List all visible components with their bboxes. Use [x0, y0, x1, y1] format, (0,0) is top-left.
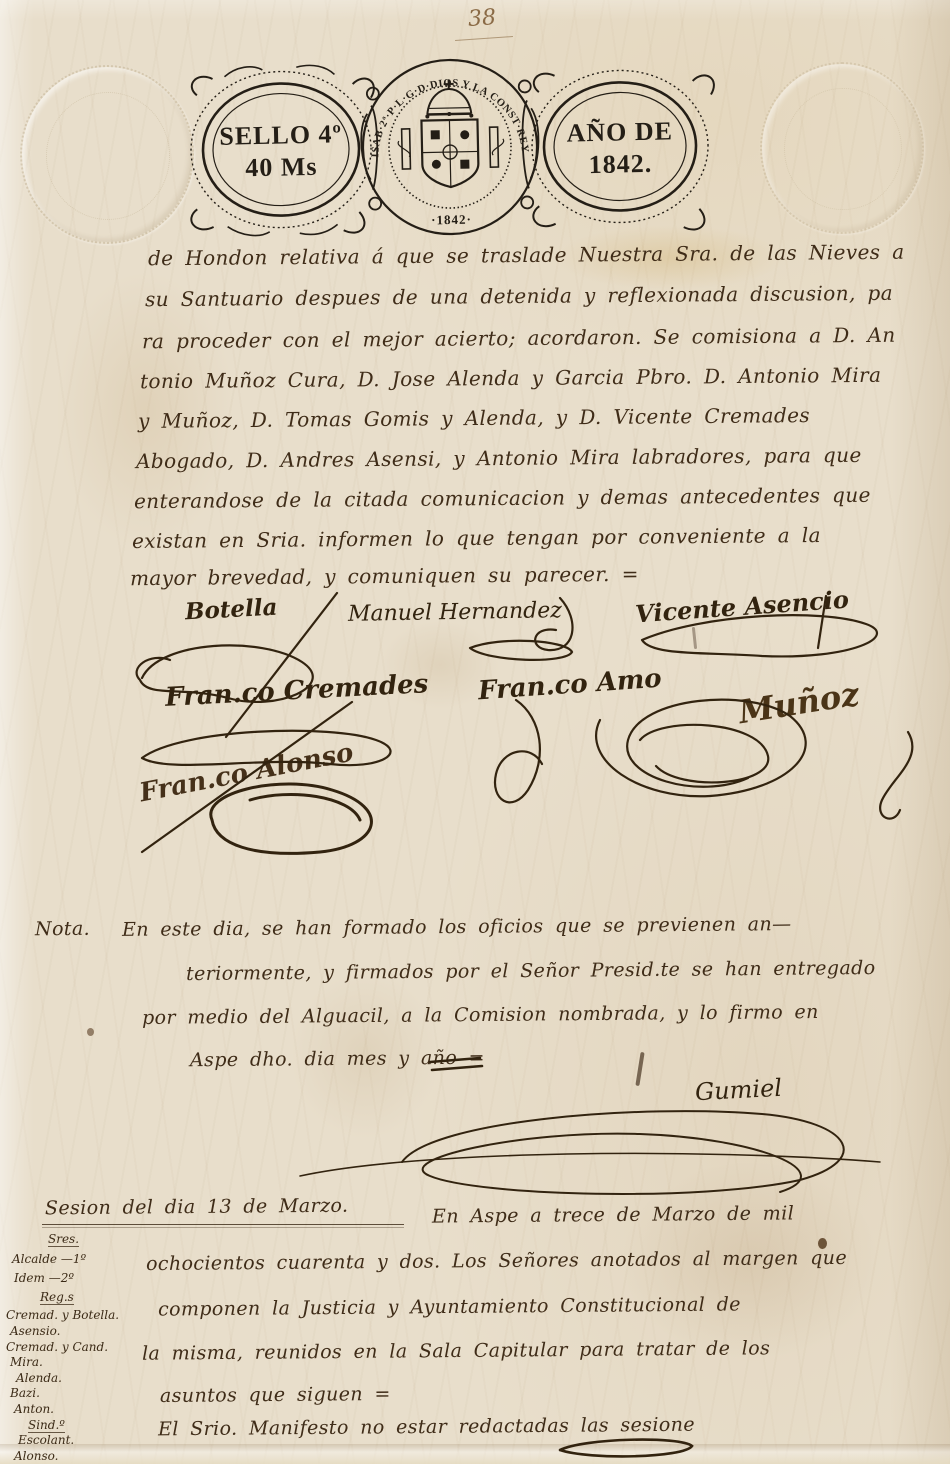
attendees-margin-list: Sres. Alcalde —1º Idem —2º Reg.s Cremad.…: [4, 1232, 144, 1464]
revenue-stamp-graphic: SELLO 4º 40 Ms: [166, 46, 736, 248]
nota-label: Nota.: [35, 918, 90, 940]
folio-number: 38: [467, 5, 497, 32]
margin-item: Cremad. y Botella.: [6, 1308, 144, 1324]
margin-title: Sres.: [48, 1232, 144, 1248]
embossed-seal-right-icon: [760, 62, 924, 234]
margin-item: Alonso.: [14, 1449, 144, 1464]
margin-item: Cremad. y Cand.: [6, 1340, 144, 1356]
signature-botella: Botella: [184, 594, 278, 626]
ink-smear: [692, 627, 697, 649]
nota-line: En este dia, se han formado los oficios …: [122, 913, 792, 941]
stamp-year-line1: AÑO DE: [566, 116, 673, 147]
signature-rubric: [300, 1153, 880, 1176]
body-line: tonio Muñoz Cura, D. Jose Alenda y Garci…: [140, 363, 882, 393]
session-heading: Sesion del dia 13 de Marzo.: [45, 1195, 349, 1220]
signature-cremades: Fran.co Cremades: [164, 669, 429, 713]
signature-alonso: Fran.co Alonso: [137, 738, 356, 809]
seal-year: ·1842·: [431, 212, 472, 228]
session-line: El Srio. Manifesto no estar redactadas l…: [158, 1414, 695, 1441]
signature-rubric: [211, 784, 372, 853]
session-line: En Aspe a trece de Marzo de mil: [432, 1202, 794, 1227]
margin-item: Anton.: [14, 1402, 144, 1418]
revenue-stamp: SELLO 4º 40 Ms: [166, 46, 736, 248]
body-line: existan en Sria. informen lo que tengan …: [132, 523, 821, 553]
body-line: Abogado, D. Andres Asensi, y Antonio Mir…: [136, 443, 862, 473]
margin-item: Mira.: [10, 1355, 144, 1371]
signature-asencio: Vicente Asencio: [634, 585, 849, 629]
session-heading-underline: [42, 1224, 404, 1228]
session-line: ochocientos cuarenta y dos. Los Señores …: [146, 1247, 847, 1275]
session-line: asuntos que siguen =: [160, 1383, 391, 1407]
margin-item: Asensio.: [10, 1324, 144, 1340]
stamp-denomination-line1: SELLO 4º: [219, 119, 342, 151]
stamp-year-line2: 1842.: [588, 149, 652, 179]
embossed-seal-ring: [784, 88, 901, 211]
margin-item: Sind.º: [28, 1418, 144, 1434]
body-line: ra proceder con el mejor acierto; acorda…: [142, 323, 896, 354]
signature-rubric: [880, 732, 912, 819]
margin-item: Reg.s: [40, 1290, 144, 1306]
pillars-icon: [398, 127, 504, 169]
ink-smear: [635, 1052, 644, 1086]
body-line: mayor brevedad, y comuniquen su parecer.…: [130, 562, 639, 590]
stamp-denomination-line2: 40 Ms: [245, 152, 318, 183]
margin-item: Alenda.: [16, 1371, 144, 1387]
nota-line: por medio del Alguacil, a la Comision no…: [142, 1001, 819, 1029]
nota-line: teriormente, y firmados por el Señor Pre…: [186, 957, 876, 985]
embossed-seal-ring: [46, 92, 170, 220]
signature-rubric: [495, 700, 542, 802]
body-line: y Muñoz, D. Tomas Gomis y Alenda, y D. V…: [138, 403, 810, 433]
signature-munoz: Muñoz: [736, 675, 862, 732]
signature-amo: Fran.co Amo: [477, 664, 662, 707]
margin-item: Escolant.: [18, 1433, 144, 1449]
session-line: componen la Justicia y Ayuntamiento Cons…: [158, 1293, 741, 1320]
margin-item: Bazi.: [10, 1386, 144, 1402]
nota-line: Aspe dho. dia mes y año =: [190, 1047, 485, 1072]
folio-underline: [455, 36, 513, 41]
body-line: su Santuario despues de una detenida y r…: [145, 281, 893, 312]
session-line: la misma, reunidos en la Sala Capitular …: [142, 1337, 770, 1364]
signature-rubric: [402, 1111, 844, 1194]
margin-item: Idem —2º: [14, 1271, 144, 1287]
signature-hernandez: Manuel Hernandez: [348, 598, 562, 627]
signature-gumiel: Gumiel: [694, 1074, 782, 1107]
coat-of-arms-icon: [421, 119, 478, 187]
manuscript-page: 38 SELLO 4º 40 Ms: [0, 0, 950, 1464]
stamp-left-oval: [188, 64, 377, 237]
ink-speck: [87, 1028, 94, 1036]
body-line: enterandose de la citada comunicacion y …: [134, 483, 871, 513]
margin-item: Alcalde —1º: [12, 1252, 144, 1268]
